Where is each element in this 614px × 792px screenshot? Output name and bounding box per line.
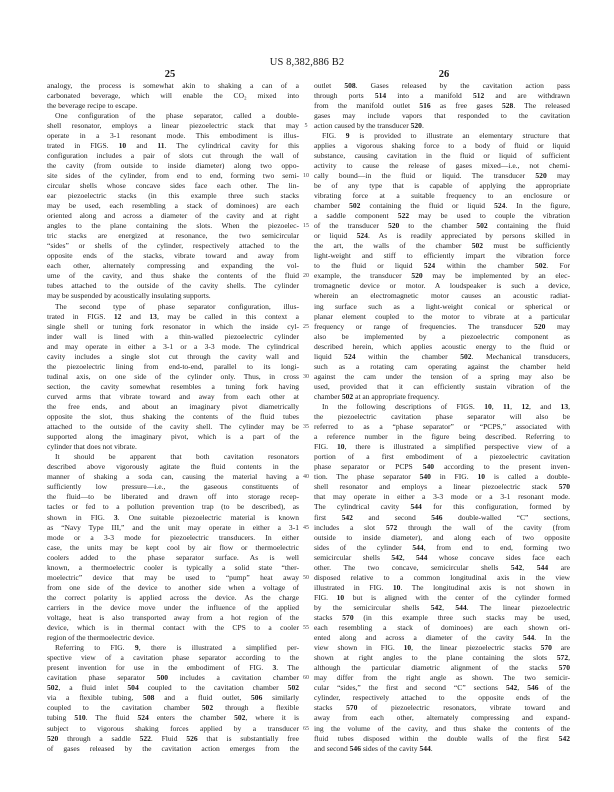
text-line: phase separator or PCPS 540 according to…	[314, 462, 570, 472]
left-text-column: analogy, the process is somewhat akin to…	[47, 81, 299, 754]
text-line: FIG. 9 is provided to illustrate an elem…	[314, 131, 570, 141]
text-line: fluid tubes disposed within the double w…	[314, 734, 570, 744]
text-line: also be implemented by a piezoelectric c…	[314, 332, 570, 342]
gutter-spacer	[298, 693, 314, 703]
text-line: wherein an electromagnetic motor causes …	[314, 291, 570, 301]
text-line: from the manifold outlet 516 as free gas…	[314, 101, 570, 111]
text-line: cylinder that does not vibrate.	[47, 442, 299, 452]
reference-numeral: 500	[157, 673, 168, 682]
text-line: mode or a 3-3 mode for piezoelectric tra…	[47, 533, 299, 543]
text-line: illustrated in FIG. 10. The longitudinal…	[314, 583, 570, 593]
text-line: the art, the walls of the chamber 502 mu…	[314, 241, 570, 251]
reference-numeral: 544	[455, 603, 466, 612]
text-line: liquid 524 within the chamber 502. Mecha…	[314, 352, 570, 362]
reference-numeral: 522	[140, 734, 151, 743]
gutter-spacer	[298, 492, 314, 502]
reference-numeral: 524	[357, 231, 368, 240]
reference-numeral: 528	[502, 101, 513, 110]
gutter-spacer	[298, 613, 314, 623]
text-line: applies a vigorous shaking force to a bo…	[314, 141, 570, 151]
reference-numeral: 502	[234, 713, 245, 722]
text-line: case, the units may be kept cool by air …	[47, 543, 299, 553]
text-line: manner of shaking a soda can, causing th…	[47, 472, 299, 482]
text-line: ing the volume of the cavity, and thus s…	[314, 724, 570, 734]
reference-numeral: 520	[534, 322, 545, 331]
reference-numeral: 526	[186, 734, 197, 743]
reference-numeral: 506	[251, 693, 262, 702]
reference-numeral: 520	[535, 171, 546, 180]
line-number-marker: 40	[298, 472, 314, 482]
left-column-number: 25	[150, 69, 190, 80]
reference-numeral: 546	[431, 513, 442, 522]
text-line: semicircular shells 542, 544 whose conca…	[314, 553, 570, 563]
text-line: It should be apparent that both cavitati…	[47, 452, 299, 462]
gutter-spacer	[298, 392, 314, 402]
reference-numeral: 544	[523, 633, 534, 642]
text-line: that may operate in either a 3-3 mode or…	[314, 492, 570, 502]
text-line: of gases released by the cavitation acti…	[47, 744, 299, 754]
reference-numeral: 542	[506, 683, 517, 692]
gutter-spacer	[298, 211, 314, 221]
text-line: action caused by the transducer 520.	[314, 121, 570, 131]
text-line: attached to the outside of the cavity sh…	[47, 422, 299, 432]
text-line: carriers in the device move under the in…	[47, 603, 299, 613]
text-line: cavity includes a single slot cut throug…	[47, 352, 299, 362]
gutter-spacer	[298, 201, 314, 211]
text-line: chamber 502 containing the fluid or liqu…	[314, 201, 570, 211]
gutter-spacer	[298, 342, 314, 352]
text-line: ume of the cavity, and thus shake the co…	[47, 271, 299, 281]
text-line: described above vigorously agitate the f…	[47, 462, 299, 472]
text-line: disposed relative to a common longitudin…	[314, 573, 570, 583]
line-number-marker: 55	[298, 623, 314, 633]
text-line: or liquid 524. As is readily appreciated…	[314, 231, 570, 241]
reference-numeral: 502	[342, 392, 353, 401]
gutter-spacer	[298, 81, 314, 91]
gutter-spacer	[298, 663, 314, 673]
line-number-marker: 20	[298, 271, 314, 281]
reference-numeral: 502	[535, 261, 546, 270]
reference-numeral: 10	[337, 442, 345, 451]
text-line: FIG. 10 but is aligned with the center o…	[314, 593, 570, 603]
text-line: and may operate in either a 3-1 or a 3-3…	[47, 342, 299, 352]
gutter-spacer	[298, 111, 314, 121]
text-line: outside to inside diameter), and along e…	[314, 533, 570, 543]
text-line: such as a rotating cam operating against…	[314, 362, 570, 372]
reference-numeral: 570	[559, 663, 570, 672]
text-line: known, a thermoelectric cooler is typica…	[47, 563, 299, 573]
text-line: present invention for use in the embodim…	[47, 663, 299, 673]
text-line: includes a slot 572 through the wall of …	[314, 523, 570, 533]
text-line: outlet 508. Gases released by the cavita…	[314, 81, 570, 91]
text-line: device, which is in thermal contact with…	[47, 623, 299, 633]
reference-numeral: 544	[410, 502, 421, 511]
text-line: cular “sides,” the first and second “C” …	[314, 683, 570, 693]
text-line: although the particular diametric alignm…	[314, 663, 570, 673]
gutter-spacer	[298, 482, 314, 492]
text-line: 502, a fluid inlet 504 coupled to the ca…	[47, 683, 299, 693]
gutter-spacer	[298, 583, 314, 593]
line-number-marker: 45	[298, 523, 314, 533]
gutter-spacer	[298, 302, 314, 312]
reference-numeral: 572	[386, 523, 397, 532]
reference-numeral: 502	[349, 201, 360, 210]
gutter-spacer	[298, 281, 314, 291]
text-line: may differ from the right angle as shown…	[314, 673, 570, 683]
gutter-spacer	[298, 543, 314, 553]
gutter-spacer	[298, 362, 314, 372]
reference-numeral: 11	[503, 402, 510, 411]
text-line: operate in a 3-1 resonant mode. This emb…	[47, 131, 299, 141]
line-number-marker: 60	[298, 673, 314, 683]
text-line: a saddle component 522 may be used to co…	[314, 211, 570, 221]
text-line: shown at right angles to the plane conta…	[314, 653, 570, 663]
reference-numeral: 524	[424, 261, 435, 270]
text-line: may be suspended by acoustically insulat…	[47, 291, 299, 301]
text-line: 520 through a saddle 522. Fluid 526 that…	[47, 734, 299, 744]
reference-numeral: 542	[511, 563, 522, 572]
text-line: circular shells whose concave sides face…	[47, 181, 299, 191]
reference-numeral: 10	[337, 593, 345, 602]
reference-numeral: 546	[350, 744, 361, 753]
reference-numeral: 504	[127, 683, 138, 692]
text-line: oriented along and across a diameter of …	[47, 211, 299, 221]
text-line: shown in FIG. 3. One suitable piezoelect…	[47, 513, 299, 523]
reference-numeral: 13	[561, 402, 569, 411]
text-line: to the fluid or liquid 524 within the ch…	[314, 261, 570, 271]
text-line: cavitation phase separator 500 includes …	[47, 673, 299, 683]
reference-numeral: 10	[477, 472, 485, 481]
gutter-spacer	[298, 502, 314, 512]
text-line: other. The two concave, semicircular she…	[314, 563, 570, 573]
text-line: carbonated beverage, which will enable t…	[47, 91, 299, 101]
reference-numeral: 502	[202, 703, 213, 712]
gutter-spacer	[298, 553, 314, 563]
text-line: be of any type that is capable of applyi…	[314, 181, 570, 191]
gutter-spacer	[298, 291, 314, 301]
text-line: analogy, the process is somewhat akin to…	[47, 81, 299, 91]
gutter-spacer	[298, 452, 314, 462]
line-number-marker: 35	[298, 422, 314, 432]
gutter-spacer	[298, 241, 314, 251]
text-line: supported along the imaginary pivot, whi…	[47, 432, 299, 442]
text-line: section, the cavity somewhat resembles a…	[47, 382, 299, 392]
text-line: may be used, each resembling a stack of …	[47, 201, 299, 211]
gutter-spacer	[298, 412, 314, 422]
line-number-marker: 65	[298, 724, 314, 734]
gutter-spacer	[298, 683, 314, 693]
patent-number: US 8,382,886 B2	[0, 57, 614, 68]
gutter-spacer	[298, 251, 314, 261]
text-line: inder wall is lined with a thin-walled p…	[47, 332, 299, 342]
text-line: tubing 510. The fluid 524 enters the cha…	[47, 713, 299, 723]
line-number-gutter: 5101520253035404550556065	[298, 81, 314, 754]
reference-numeral: 516	[419, 101, 430, 110]
reference-numeral: 10	[119, 141, 127, 150]
text-line: Referring to FIG. 9, there is illustrate…	[47, 643, 299, 653]
reference-numeral: 9	[346, 131, 350, 140]
text-line: the piezoelectric lining from end-to-end…	[47, 362, 299, 372]
text-line: each resembling a stack of dominoes) are…	[314, 623, 570, 633]
text-line: planar element coupled to the motor to v…	[314, 312, 570, 322]
text-line: tion. The phase separator 540 in FIG. 10…	[314, 472, 570, 482]
reference-numeral: 502	[47, 683, 58, 692]
text-line: voltage, heat is also transported away f…	[47, 613, 299, 623]
text-line: frequency or range of frequencies. The t…	[314, 322, 570, 332]
text-line: curved arms that vibrate toward and away…	[47, 392, 299, 402]
gutter-spacer	[298, 653, 314, 663]
text-line: tromagnetic device or motor. A loudspeak…	[314, 281, 570, 291]
gutter-spacer	[298, 332, 314, 342]
text-line: the cavity (from outside to inside diame…	[47, 161, 299, 171]
text-line: chamber 502 at an appropriate frequency.	[314, 392, 570, 402]
reference-numeral: 502	[472, 241, 483, 250]
reference-numeral: 524	[344, 352, 355, 361]
reference-numeral: 13	[149, 312, 157, 321]
text-line: substance, causing cavitation in the flu…	[314, 151, 570, 161]
text-line: and second 546 sides of the cavity 544.	[314, 744, 570, 754]
text-line: stacks 570 (in this example three such s…	[314, 613, 570, 623]
reference-numeral: 572	[557, 653, 568, 662]
text-line: light-weight and stiff to efficiently im…	[314, 251, 570, 261]
reference-numeral: 11	[157, 141, 164, 150]
text-line: away from each other, alternately compre…	[314, 713, 570, 723]
gutter-spacer	[298, 744, 314, 754]
text-line: opposite ends of the stacks, vibrate tow…	[47, 251, 299, 261]
gutter-spacer	[298, 161, 314, 171]
reference-numeral: 502	[476, 221, 487, 230]
gutter-spacer	[298, 513, 314, 523]
text-line: a reference number in the figure being d…	[314, 432, 570, 442]
gutter-spacer	[298, 703, 314, 713]
text-line: In the following descriptions of FIGS. 1…	[314, 402, 570, 412]
text-line: each other, alternately compressing and …	[47, 261, 299, 271]
reference-numeral: 540	[420, 472, 431, 481]
reference-numeral: 520	[411, 271, 422, 280]
right-column-number: 26	[424, 69, 464, 80]
gutter-spacer	[298, 101, 314, 111]
text-line: shell resonator and employs a linear pie…	[314, 482, 570, 492]
reference-numeral: 520	[411, 121, 422, 130]
reference-numeral: 570	[346, 703, 357, 712]
reference-numeral: 544	[537, 563, 548, 572]
text-line: shell resonator, employs a linear piezoe…	[47, 121, 299, 131]
reference-numeral: 542	[391, 553, 402, 562]
gutter-spacer	[298, 462, 314, 472]
reference-numeral: 514	[375, 91, 386, 100]
text-line: first 542 and second 546 double-walled “…	[314, 513, 570, 523]
text-line: vibrating force at a suitable frequency …	[314, 191, 570, 201]
text-line: cylinder, respectively attached to the o…	[314, 693, 570, 703]
reference-numeral: 520	[388, 221, 399, 230]
reference-numeral: 508	[143, 693, 154, 702]
reference-numeral: 10	[393, 583, 401, 592]
text-line: One configuration of the phase separator…	[47, 111, 299, 121]
text-line: used, provided that it can efficiently s…	[314, 382, 570, 392]
text-line: of the transducer 520 to the chamber 502…	[314, 221, 570, 231]
text-line: sides of the cylinder 544, from end to e…	[314, 543, 570, 553]
reference-numeral: 542	[431, 603, 442, 612]
right-text-column: outlet 508. Gases released by the cavita…	[314, 81, 570, 754]
gutter-spacer	[298, 352, 314, 362]
line-number-marker: 50	[298, 573, 314, 583]
line-number-marker: 30	[298, 372, 314, 382]
text-line: coolers added to the phase separator sur…	[47, 553, 299, 563]
text-line: ear piezoelectric stacks (in this exampl…	[47, 191, 299, 201]
reference-numeral: 546	[527, 683, 538, 692]
text-line: tric stacks are energized at resonance, …	[47, 231, 299, 241]
text-line: trated in FIGS. 10 and 11. The cylindric…	[47, 141, 299, 151]
reference-numeral: 512	[473, 91, 484, 100]
text-line: coupled to the cavitation chamber 502 th…	[47, 703, 299, 713]
text-line: “sides” or shells of the cylinder, respe…	[47, 241, 299, 251]
line-number-marker: 10	[298, 171, 314, 181]
gutter-spacer	[298, 402, 314, 412]
reference-numeral: 9	[135, 643, 139, 652]
text-line: spective view of a cavitation phase sepa…	[47, 653, 299, 663]
text-line: tubes attached to the outside of the cav…	[47, 281, 299, 291]
text-line: gases may include vapors that responded …	[314, 111, 570, 121]
text-line: sufficiently low pressure—i.e., the gase…	[47, 482, 299, 492]
reference-numeral: 12	[521, 402, 529, 411]
gutter-spacer	[298, 151, 314, 161]
reference-numeral: 12	[114, 312, 122, 321]
text-line: The second type of phase separator confi…	[47, 302, 299, 312]
text-line: the fluid—to be liberated and drawn off …	[47, 492, 299, 502]
line-number-marker: 15	[298, 221, 314, 231]
gutter-spacer	[298, 141, 314, 151]
text-line: stacks 570 of piezoelectric resonators, …	[314, 703, 570, 713]
reference-numeral: 522	[398, 211, 409, 220]
text-line: moelectric” device that may be used to “…	[47, 573, 299, 583]
line-number-marker: 5	[298, 121, 314, 131]
text-line: ented along and across a diameter of the…	[314, 633, 570, 643]
gutter-spacer	[298, 91, 314, 101]
gutter-spacer	[298, 593, 314, 603]
gutter-spacer	[298, 312, 314, 322]
text-line: tacles or fed to a pollution prevention …	[47, 502, 299, 512]
gutter-spacer	[298, 382, 314, 392]
text-line: referred to as a “phase separator” or “P…	[314, 422, 570, 432]
reference-numeral: 510	[74, 713, 85, 722]
line-number-marker: 25	[298, 322, 314, 332]
text-line: opposite the slot, thus shaking the cont…	[47, 412, 299, 422]
reference-numeral: 544	[416, 553, 427, 562]
text-line: single shell or tuning fork resonator in…	[47, 322, 299, 332]
text-line: the beverage recipe to escape.	[47, 101, 299, 111]
reference-numeral: 570	[342, 613, 353, 622]
text-line: region of the thermoelectric device.	[47, 633, 299, 643]
text-line: as “Navy Type III,” and the unit may ope…	[47, 523, 299, 533]
reference-numeral: 520	[47, 734, 58, 743]
gutter-spacer	[298, 533, 314, 543]
reference-numeral: 502	[460, 352, 471, 361]
gutter-spacer	[298, 191, 314, 201]
text-line: the correct polarity is applied across t…	[47, 593, 299, 603]
gutter-spacer	[298, 603, 314, 613]
gutter-spacer	[298, 131, 314, 141]
reference-numeral: 542	[559, 734, 570, 743]
gutter-spacer	[298, 643, 314, 653]
reference-numeral: 524	[494, 201, 505, 210]
gutter-spacer	[298, 633, 314, 643]
text-line: ing surface such as a light-weight conic…	[314, 302, 570, 312]
text-line: portion of a first embodiment of a piezo…	[314, 452, 570, 462]
gutter-spacer	[298, 231, 314, 241]
text-line: via a flexible tubing, 508 and a fluid o…	[47, 693, 299, 703]
reference-numeral: 508	[344, 81, 355, 90]
text-line: subject to vigorous shaking forces appli…	[47, 724, 299, 734]
gutter-spacer	[298, 734, 314, 744]
text-line: the piezoelectric cavitation phase separ…	[314, 412, 570, 422]
gutter-spacer	[298, 432, 314, 442]
text-line: angles to the plane containing the slots…	[47, 221, 299, 231]
reference-numeral: 10	[484, 402, 492, 411]
gutter-spacer	[298, 563, 314, 573]
reference-numeral: 544	[412, 543, 423, 552]
gutter-spacer	[298, 181, 314, 191]
reference-numeral: 570	[541, 643, 552, 652]
text-line: site sides of the cylinder, from end to …	[47, 171, 299, 181]
gutter-spacer	[298, 713, 314, 723]
text-line: tudinal axis, on one side of the cylinde…	[47, 372, 299, 382]
text-line: configuration includes a pair of slots c…	[47, 151, 299, 161]
text-line: from one side of the device to another s…	[47, 583, 299, 593]
text-line: FIG. 10, there is illustrated a simplifi…	[314, 442, 570, 452]
text-line: described herein, which applies acoustic…	[314, 342, 570, 352]
reference-numeral: 3	[272, 663, 276, 672]
text-line: example, the transducer 520 may be imple…	[314, 271, 570, 281]
text-line: trated in FIGS. 12 and 13, may be called…	[47, 312, 299, 322]
reference-numeral: 540	[423, 462, 434, 471]
text-line: against the cam under the tension of a s…	[314, 372, 570, 382]
text-line: through ports 514 into a manifold 512 an…	[314, 91, 570, 101]
text-line: The cylindrical cavity 544 for this conf…	[314, 502, 570, 512]
text-line: view shown in FIG. 10, the linear piezoe…	[314, 643, 570, 653]
text-line: activity to cause the release of gases m…	[314, 161, 570, 171]
text-line: cally bound—in the fluid or liquid. The …	[314, 171, 570, 181]
text-line: by the semicircular shells 542, 544. The…	[314, 603, 570, 613]
text-line: the free ends, and about an imaginary pi…	[47, 402, 299, 412]
reference-numeral: 3	[114, 513, 118, 522]
reference-numeral: 570	[559, 482, 570, 491]
reference-numeral: 524	[137, 713, 148, 722]
gutter-spacer	[298, 442, 314, 452]
reference-numeral: 10	[404, 643, 412, 652]
gutter-spacer	[298, 261, 314, 271]
reference-numeral: 542	[342, 513, 353, 522]
reference-numeral: 544	[419, 744, 430, 753]
